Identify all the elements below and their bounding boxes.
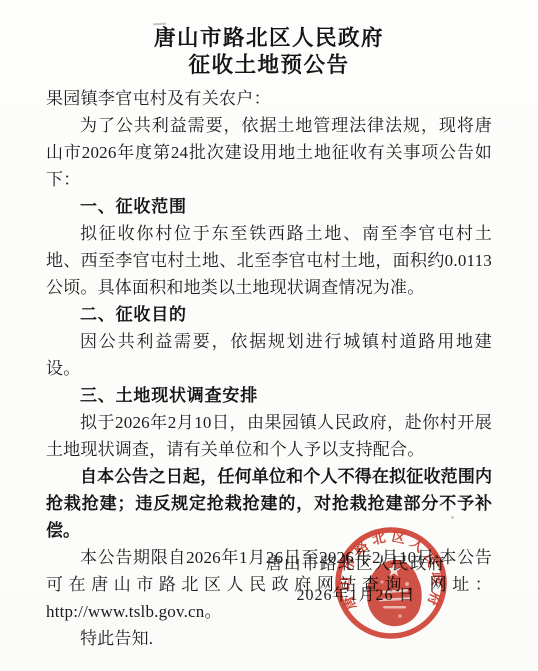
national-emblem-icon xyxy=(367,560,422,626)
title-line-2: 征收土地预公告 xyxy=(46,52,492,79)
title-line-1: 唐山市路北区人民政府 xyxy=(46,25,492,52)
document-title: 唐山市路北区人民政府 征收土地预公告 xyxy=(46,25,492,79)
intro-paragraph: 为了公共利益需要，依据土地管理法律法规，现将唐山市2026年度第24批次建设用地… xyxy=(46,112,492,193)
section-3-paragraph: 拟于2026年2月10日，由果园镇人民政府，赴你村开展土地现状调查，请有关单位和… xyxy=(46,409,492,463)
section-heading-1: 一、征收范围 xyxy=(46,193,492,220)
salutation: 果园镇李官屯村及有关农户： xyxy=(46,85,492,112)
section-heading-2: 二、征收目的 xyxy=(46,301,492,328)
official-seal-icon: 唐山市路北区人民政府 xyxy=(331,524,451,644)
section-heading-3: 三、土地现状调查安排 xyxy=(46,382,492,409)
announcement-page: 唐山市路北区人民政府 征收土地预公告 果园镇李官屯村及有关农户： 为了公共利益需… xyxy=(0,0,538,671)
scan-artifact xyxy=(451,516,454,519)
section-1-paragraph: 拟征收你村位于东至铁西路土地、南至李官屯村土地、西至李官屯村土地、北至李官屯村土… xyxy=(46,220,492,301)
section-2-paragraph: 因公共利益需要，依据规划进行城镇村道路用地建设。 xyxy=(46,328,492,382)
